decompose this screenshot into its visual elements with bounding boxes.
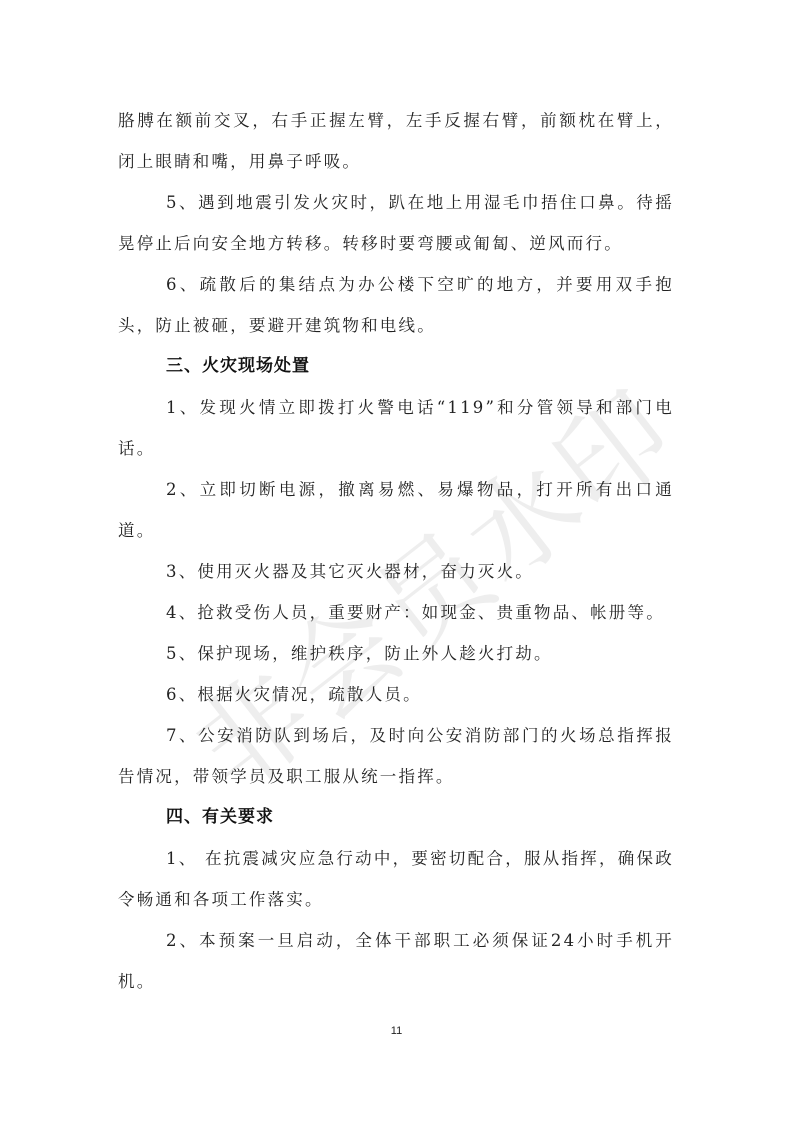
list-item-requirement-1: 1、 在抗震减灾应急行动中，要密切配合，服从指挥，确保政令畅通和各项工作落实。 [118, 838, 674, 920]
list-item-fire-7: 7、公安消防队到场后，及时向公安消防部门的火场总指挥报告情况，带领学员及职工服从… [118, 715, 674, 797]
list-item-fire-4: 4、抢救受伤人员，重要财产：如现金、贵重物品、帐册等。 [118, 592, 674, 633]
paragraph-continuation: 胳膊在额前交叉，右手正握左臂，左手反握右臂，前额枕在臂上，闭上眼睛和嘴，用鼻子呼… [118, 100, 674, 182]
section-heading-requirements: 四、有关要求 [118, 797, 674, 838]
document-page: 非会员水印 胳膊在额前交叉，右手正握左臂，左手反握右臂，前额枕在臂上，闭上眼睛和… [0, 0, 793, 1122]
list-item-earthquake-6: 6、疏散后的集结点为办公楼下空旷的地方，并要用双手抱头，防止被砸，要避开建筑物和… [118, 264, 674, 346]
list-item-fire-1: 1、发现火情立即拨打火警电话“119”和分管领导和部门电话。 [118, 387, 674, 469]
document-body: 胳膊在额前交叉，右手正握左臂，左手反握右臂，前额枕在臂上，闭上眼睛和嘴，用鼻子呼… [118, 100, 674, 1002]
list-item-fire-3: 3、使用灭火器及其它灭火器材，奋力灭火。 [118, 551, 674, 592]
list-item-fire-5: 5、保护现场，维护秩序，防止外人趁火打劫。 [118, 633, 674, 674]
list-item-earthquake-5: 5、遇到地震引发火灾时，趴在地上用湿毛巾捂住口鼻。待摇晃停止后向安全地方转移。转… [118, 182, 674, 264]
section-heading-fire-response: 三、火灾现场处置 [118, 346, 674, 387]
list-item-requirement-2: 2、本预案一旦启动，全体干部职工必须保证24小时手机开机。 [118, 920, 674, 1002]
list-item-fire-6: 6、根据火灾情况，疏散人员。 [118, 674, 674, 715]
list-item-fire-2: 2、立即切断电源，撤离易燃、易爆物品，打开所有出口通道。 [118, 469, 674, 551]
page-number: 11 [0, 1025, 793, 1037]
